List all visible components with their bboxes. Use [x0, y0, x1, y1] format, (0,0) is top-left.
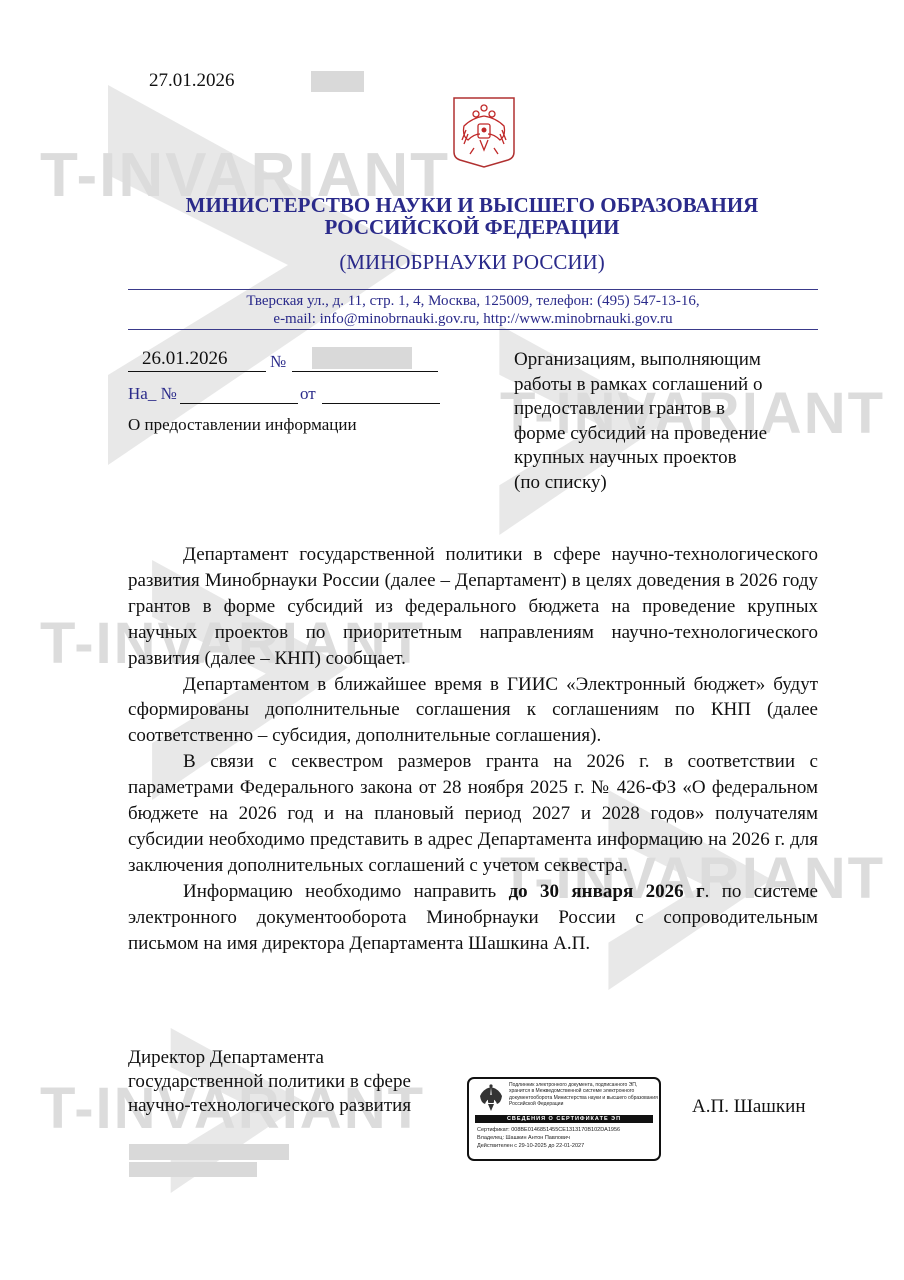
redacted-block	[311, 71, 364, 92]
reply-number-underline	[180, 403, 298, 404]
ep-validity: Действителен с 29-10-2025 до 22-01-2027	[477, 1143, 584, 1150]
addressee-block: Организациям, выполняющим работы в рамка…	[514, 348, 834, 495]
document-number-label: №	[270, 352, 286, 372]
number-underline	[292, 371, 438, 372]
addressee-line: крупных научных проектов	[514, 446, 834, 471]
reply-to-number-label: На_ №	[128, 384, 177, 404]
addressee-line: (по списку)	[514, 471, 834, 496]
deadline-date: до 30 января 2026 г	[509, 881, 705, 902]
addressee-line: Организациям, выполняющим	[514, 348, 834, 373]
ministry-name-line2: РОССИЙСКОЙ ФЕДЕРАЦИИ	[120, 216, 824, 238]
header-divider-bottom	[128, 329, 818, 330]
address-line1: Тверская ул., д. 11, стр. 1, 4, Москва, …	[128, 292, 818, 310]
reply-date-underline	[322, 403, 440, 404]
signatory-title-line1: Директор Департамента	[128, 1046, 411, 1070]
date-underline	[128, 371, 266, 372]
received-date: 27.01.2026	[149, 70, 235, 92]
watermark-chevron	[108, 85, 418, 465]
letter-body: Департамент государственной политики в с…	[128, 542, 818, 957]
ministry-address: Тверская ул., д. 11, стр. 1, 4, Москва, …	[128, 292, 818, 328]
document-date: 26.01.2026	[142, 348, 228, 370]
redacted-executor-line2	[129, 1162, 257, 1177]
document-subject: О предоставлении информации	[128, 415, 357, 435]
addressee-line: предоставлении грантов в	[514, 397, 834, 422]
ministry-name-line1: МИНИСТЕРСТВО НАУКИ И ВЫСШЕГО ОБРАЗОВАНИЯ	[120, 194, 824, 216]
ep-stamp-header: СВЕДЕНИЯ О СЕРТИФИКАТЕ ЭП	[475, 1115, 653, 1123]
coat-of-arms-icon	[477, 1083, 505, 1115]
ministry-name: МИНИСТЕРСТВО НАУКИ И ВЫСШЕГО ОБРАЗОВАНИЯ…	[120, 194, 824, 238]
reply-from-label: от	[300, 384, 316, 404]
body-paragraph-2: Департаментом в ближайшее время в ГИИС «…	[128, 672, 818, 750]
signatory-title: Директор Департамента государственной по…	[128, 1046, 411, 1118]
redacted-executor-line1	[129, 1144, 289, 1160]
deadline-intro: Информацию необходимо направить	[183, 881, 509, 902]
russian-coat-of-arms-icon	[452, 96, 516, 168]
signatory-title-line2: государственной политики в сфере	[128, 1070, 411, 1094]
ep-owner: Владелец: Шашкин Антон Павлович	[477, 1135, 570, 1142]
addressee-line: форме субсидий на проведение	[514, 422, 834, 447]
addressee-line: работы в рамках соглашений о	[514, 373, 834, 398]
body-paragraph-3: В связи с секвестром размеров гранта на …	[128, 749, 818, 879]
electronic-signature-stamp: Подлинник электронного документа, подпис…	[467, 1077, 661, 1161]
ep-certificate: Сертификат: 008BE0146851455CE1313170B102…	[477, 1127, 620, 1134]
address-line2: e-mail: info@minobrnauki.gov.ru, http://…	[128, 310, 818, 328]
ep-stamp-note: Подлинник электронного документа, подпис…	[509, 1082, 659, 1107]
ministry-short-name: (МИНОБРНАУКИ РОССИИ)	[120, 250, 824, 275]
header-divider-top	[128, 289, 818, 290]
signatory-name: А.П. Шашкин	[692, 1096, 806, 1118]
body-paragraph-1: Департамент государственной политики в с…	[128, 542, 818, 672]
redacted-document-number	[312, 347, 412, 369]
body-paragraph-4: Информацию необходимо направить до 30 ян…	[128, 879, 818, 957]
signatory-title-line3: научно-технологического развития	[128, 1094, 411, 1118]
